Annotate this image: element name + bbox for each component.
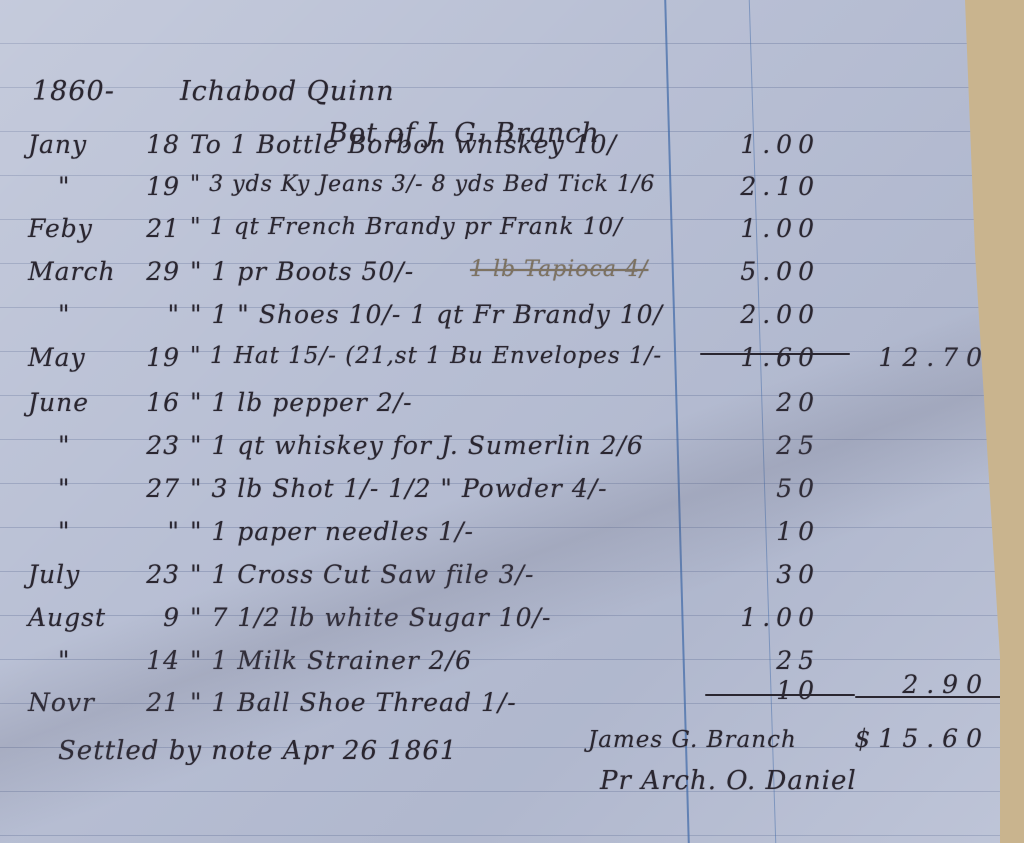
entry-day: " [130,517,180,546]
entry-day: 19 [130,343,180,372]
entry-description: " 3 yds Ky Jeans 3/- 8 yds Bed Tick 1/6 [190,172,655,197]
entry-day: 23 [130,560,180,589]
entry-amount: 25 [700,646,820,675]
subtotal-rule [705,694,855,696]
subtotal-second: 2.90 [840,670,990,699]
entry-description: " 1 " Shoes 10/- 1 qt Fr Brandy 10/ [190,300,663,329]
entry-day: 18 [130,130,180,159]
total-rule [855,696,1015,698]
entry-day: 21 [130,688,180,717]
signature-name: James G. Branch [588,727,797,753]
entry-description: " 1 Cross Cut Saw file 3/- [190,560,534,589]
entry-amount: 1.00 [700,214,820,243]
entry-month: " [28,646,158,675]
entry-amount: 10 [700,517,820,546]
ledger-page: 1860- Ichabod Quinn Bot of J. G. Branch … [0,0,1000,843]
entry-month: " [28,300,158,329]
entry-month: March [28,257,128,286]
margin-rule-right [749,0,776,843]
entry-month: " [28,474,158,503]
grand-total: $15.60 [840,724,990,753]
entry-amount: 1.60 [700,343,820,372]
struck-entry: 1 lb Tapioca 4/ [470,257,648,282]
entry-month: June [28,388,128,417]
entry-description: " 1 pr Boots 50/- [190,257,414,286]
header-bought-of: Bot of J. G. Branch [328,118,600,149]
entry-month: Augst [28,603,128,632]
entry-amount: 50 [700,474,820,503]
entry-description: " 1 qt French Brandy pr Frank 10/ [190,214,623,240]
entry-day: 23 [130,431,180,460]
entry-day: 9 [130,603,180,632]
entry-description: " 3 lb Shot 1/- 1/2 " Powder 4/- [190,474,608,503]
entry-day: 29 [130,257,180,286]
entry-month: May [28,343,128,372]
settlement-note: Settled by note Apr 26 1861 [58,736,457,766]
entry-month: July [28,560,128,589]
entry-description: To 1 Bottle Borbon whiskey 10/ [190,130,617,159]
header-customer: Ichabod Quinn [180,76,395,107]
entry-description: " 1 paper needles 1/- [190,517,474,546]
entry-amount: 25 [700,431,820,460]
entry-amount: 30 [700,560,820,589]
header-year: 1860- [32,76,115,107]
entry-description: " 1 lb pepper 2/- [190,388,413,417]
entry-day: 14 [130,646,180,675]
entry-amount: 20 [700,388,820,417]
entry-day: 19 [130,172,180,201]
signature-by: Pr Arch. O. Daniel [600,766,857,796]
entry-month: Feby [28,214,128,243]
margin-rule-left [664,0,690,843]
entry-month: " [28,431,158,460]
entry-day: 21 [130,214,180,243]
entry-day: " [130,300,180,329]
entry-month: " [28,517,158,546]
entry-amount: 2.00 [700,300,820,329]
entry-month: " [28,172,158,201]
entry-description: " 7 1/2 lb white Sugar 10/- [190,603,551,632]
entry-day: 27 [130,474,180,503]
entry-amount: 5.00 [700,257,820,286]
entry-day: 16 [130,388,180,417]
entry-description: " 1 Milk Strainer 2/6 [190,646,472,675]
entry-month: Jany [28,130,128,159]
entry-amount: 1.00 [700,130,820,159]
entry-month: Novr [28,688,128,717]
subtotal-first: 12.70 [840,343,990,372]
entry-description: " 1 qt whiskey for J. Sumerlin 2/6 [190,431,644,460]
subtotal-rule [700,353,850,355]
entry-description: " 1 Ball Shoe Thread 1/- [190,688,517,717]
entry-amount: 1.00 [700,603,820,632]
entry-amount: 2.10 [700,172,820,201]
entry-description: " 1 Hat 15/- (21,st 1 Bu Envelopes 1/- [190,343,662,369]
entry-amount: 10 [700,676,820,705]
